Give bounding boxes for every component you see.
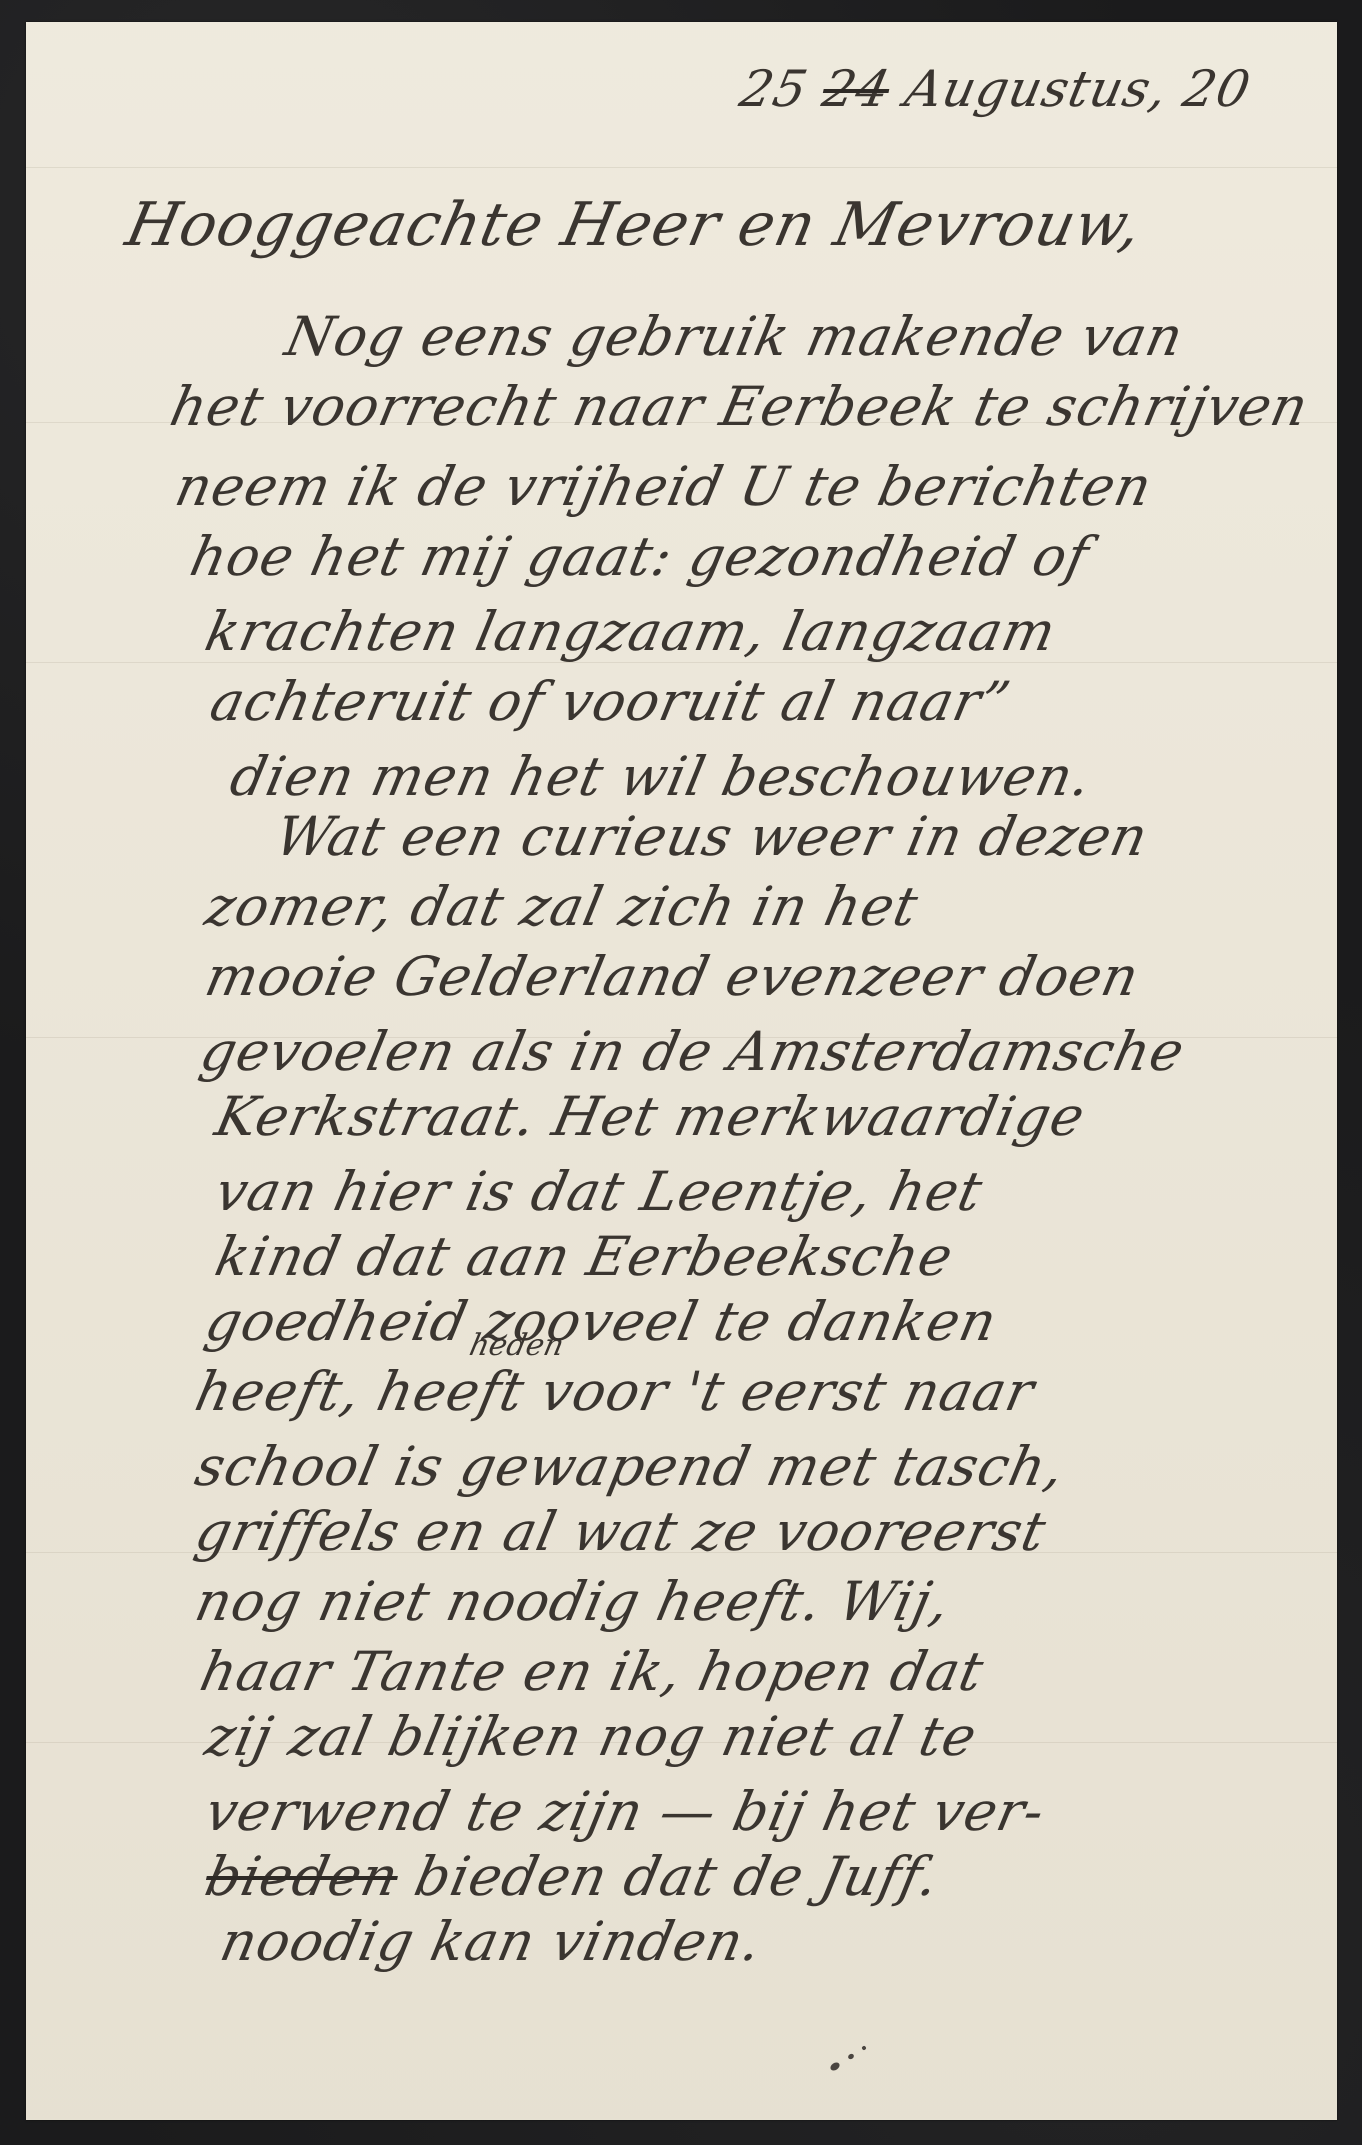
letter-line: verwend te zijn — bij het ver- <box>200 1780 1051 1843</box>
inserted-word: heden <box>466 1328 567 1363</box>
letter-line: van hier is dat Leentje, het <box>210 1160 989 1223</box>
letter-line: heeft, heeft voor 't eerst naar <box>190 1360 1040 1423</box>
letter-line: mooie Gelderland evenzeer doen <box>200 945 1145 1008</box>
letter-line: Wat een curieus weer in dezen <box>270 805 1154 868</box>
letter-line: hoe het mij gaat: gezondheid of <box>185 525 1095 588</box>
salutation: Hooggeachte Heer en Mevrouw, <box>120 190 1148 260</box>
letter-line: kind dat aan Eerbeeksche <box>210 1225 959 1288</box>
letter-line: griffels en al wat ze vooreerst <box>190 1500 1052 1563</box>
date-day: 25 <box>735 60 813 118</box>
letter-line: noodig kan vinden. <box>215 1910 768 1973</box>
letter-line: dien men het wil beschouwen. <box>225 745 1097 808</box>
letter-line: het voorrecht naar Eerbeek te schrijven <box>165 375 1314 438</box>
date-day-struck: 24 <box>818 60 896 118</box>
ruled-line <box>26 167 1337 168</box>
letter-line: goedheid zooveel te danken <box>200 1290 1003 1353</box>
letter-line: haar Tante en ik, hopen dat <box>195 1640 990 1703</box>
letter-line: zomer, dat zal zich in het <box>200 875 924 938</box>
struck-word: bieden <box>200 1845 405 1908</box>
letter-line: Kerkstraat. Het merkwaardige <box>210 1085 1091 1148</box>
letter-line: achteruit of vooruit al naar” <box>205 670 1016 733</box>
letter-line-with-strike: bieden bieden dat de Juff. <box>200 1845 945 1908</box>
letter-date: 25 24 Augustus, 20 <box>735 60 1256 118</box>
letter-line: krachten langzaam, langzaam <box>200 600 1062 663</box>
letter-line: zij zal blijken nog niet al te <box>200 1705 983 1768</box>
letter-line: gevoelen als in de Amsterdamsche <box>195 1020 1190 1083</box>
letter-line: Nog eens gebruik makende van <box>280 305 1189 368</box>
letter-line: nog niet noodig heeft. Wij, <box>190 1570 956 1633</box>
letter-line: school is gewapend met tasch, <box>190 1435 1071 1498</box>
line-text: bieden dat de Juff. <box>409 1845 945 1908</box>
date-month-year: Augustus, 20 <box>900 60 1256 118</box>
letter-line: neem ik de vrijheid U te berichten <box>170 455 1158 518</box>
